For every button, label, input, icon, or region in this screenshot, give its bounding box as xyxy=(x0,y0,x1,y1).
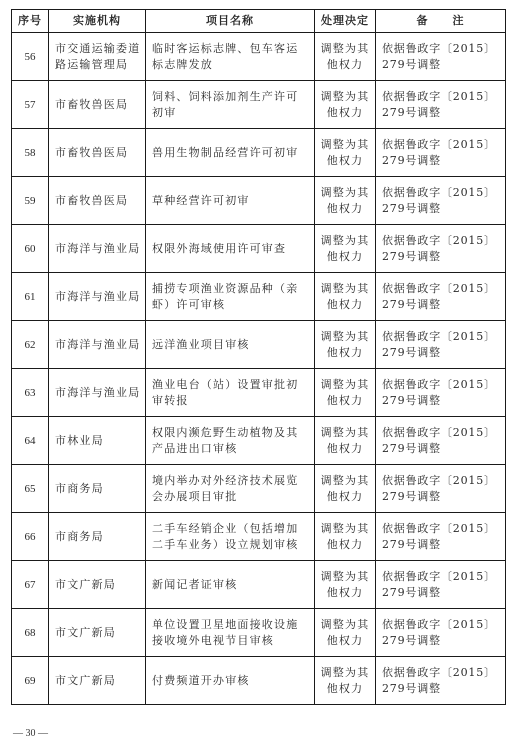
row-item: 临时客运标志牌、包车客运标志牌发放 xyxy=(146,33,315,81)
row-number: 63 xyxy=(12,369,49,417)
row-item: 远洋渔业项目审核 xyxy=(146,321,315,369)
row-note: 依据鲁政字〔2015〕279号调整 xyxy=(376,513,506,561)
row-number: 58 xyxy=(12,129,49,177)
table-row: 59市畜牧兽医局草种经营许可初审调整为其他权力依据鲁政字〔2015〕279号调整 xyxy=(12,177,506,225)
row-note: 依据鲁政字〔2015〕279号调整 xyxy=(376,561,506,609)
row-note: 依据鲁政字〔2015〕279号调整 xyxy=(376,129,506,177)
row-decision: 调整为其他权力 xyxy=(315,81,376,129)
row-note: 依据鲁政字〔2015〕279号调整 xyxy=(376,177,506,225)
table-row: 57市畜牧兽医局饲料、饲料添加剂生产许可初审调整为其他权力依据鲁政字〔2015〕… xyxy=(12,81,506,129)
page-number: — 30 — xyxy=(13,728,48,739)
table-row: 64市林业局权限内濒危野生动植物及其产品进出口审核调整为其他权力依据鲁政字〔20… xyxy=(12,417,506,465)
row-item: 饲料、饲料添加剂生产许可初审 xyxy=(146,81,315,129)
row-org: 市林业局 xyxy=(49,417,146,465)
row-decision: 调整为其他权力 xyxy=(315,609,376,657)
row-item: 渔业电台（站）设置审批初审转报 xyxy=(146,369,315,417)
row-number: 69 xyxy=(12,657,49,705)
row-item: 权限外海域使用许可审查 xyxy=(146,225,315,273)
row-decision: 调整为其他权力 xyxy=(315,513,376,561)
row-item: 权限内濒危野生动植物及其产品进出口审核 xyxy=(146,417,315,465)
row-number: 60 xyxy=(12,225,49,273)
header-item: 项目名称 xyxy=(146,10,315,33)
row-note: 依据鲁政字〔2015〕279号调整 xyxy=(376,225,506,273)
row-org: 市海洋与渔业局 xyxy=(49,225,146,273)
table-header-row: 序号 实施机构 项目名称 处理决定 备 注 xyxy=(12,10,506,33)
row-org: 市海洋与渔业局 xyxy=(49,273,146,321)
row-note: 依据鲁政字〔2015〕279号调整 xyxy=(376,657,506,705)
row-number: 59 xyxy=(12,177,49,225)
row-item: 新闻记者证审核 xyxy=(146,561,315,609)
row-decision: 调整为其他权力 xyxy=(315,225,376,273)
row-org: 市商务局 xyxy=(49,465,146,513)
row-item: 单位设置卫星地面接收设施接收境外电视节目审核 xyxy=(146,609,315,657)
row-note: 依据鲁政字〔2015〕279号调整 xyxy=(376,369,506,417)
row-note: 依据鲁政字〔2015〕279号调整 xyxy=(376,33,506,81)
row-decision: 调整为其他权力 xyxy=(315,417,376,465)
row-org: 市商务局 xyxy=(49,513,146,561)
row-item: 草种经营许可初审 xyxy=(146,177,315,225)
row-decision: 调整为其他权力 xyxy=(315,177,376,225)
row-note: 依据鲁政字〔2015〕279号调整 xyxy=(376,417,506,465)
table-row: 67市文广新局新闻记者证审核调整为其他权力依据鲁政字〔2015〕279号调整 xyxy=(12,561,506,609)
row-decision: 调整为其他权力 xyxy=(315,561,376,609)
row-decision: 调整为其他权力 xyxy=(315,129,376,177)
row-org: 市交通运输委道路运输管理局 xyxy=(49,33,146,81)
header-decision: 处理决定 xyxy=(315,10,376,33)
row-decision: 调整为其他权力 xyxy=(315,369,376,417)
row-number: 61 xyxy=(12,273,49,321)
table-row: 60市海洋与渔业局权限外海域使用许可审查调整为其他权力依据鲁政字〔2015〕27… xyxy=(12,225,506,273)
row-org: 市文广新局 xyxy=(49,609,146,657)
row-number: 57 xyxy=(12,81,49,129)
row-note: 依据鲁政字〔2015〕279号调整 xyxy=(376,465,506,513)
row-note: 依据鲁政字〔2015〕279号调整 xyxy=(376,321,506,369)
row-note: 依据鲁政字〔2015〕279号调整 xyxy=(376,273,506,321)
row-number: 64 xyxy=(12,417,49,465)
row-number: 66 xyxy=(12,513,49,561)
table-row: 69市文广新局付费频道开办审核调整为其他权力依据鲁政字〔2015〕279号调整 xyxy=(12,657,506,705)
row-number: 56 xyxy=(12,33,49,81)
table-body: 56市交通运输委道路运输管理局临时客运标志牌、包车客运标志牌发放调整为其他权力依… xyxy=(12,33,506,705)
row-decision: 调整为其他权力 xyxy=(315,33,376,81)
table-row: 66市商务局二手车经销企业（包括增加二手车业务）设立规划审核调整为其他权力依据鲁… xyxy=(12,513,506,561)
row-org: 市畜牧兽医局 xyxy=(49,81,146,129)
row-item: 兽用生物制品经营许可初审 xyxy=(146,129,315,177)
header-no: 序号 xyxy=(12,10,49,33)
row-item: 付费频道开办审核 xyxy=(146,657,315,705)
row-decision: 调整为其他权力 xyxy=(315,273,376,321)
row-item: 捕捞专项渔业资源品种（亲虾）许可审核 xyxy=(146,273,315,321)
table-row: 62市海洋与渔业局远洋渔业项目审核调整为其他权力依据鲁政字〔2015〕279号调… xyxy=(12,321,506,369)
table-row: 61市海洋与渔业局捕捞专项渔业资源品种（亲虾）许可审核调整为其他权力依据鲁政字〔… xyxy=(12,273,506,321)
table-row: 63市海洋与渔业局渔业电台（站）设置审批初审转报调整为其他权力依据鲁政字〔201… xyxy=(12,369,506,417)
row-org: 市文广新局 xyxy=(49,561,146,609)
row-number: 62 xyxy=(12,321,49,369)
row-item: 境内举办对外经济技术展览会办展项目审批 xyxy=(146,465,315,513)
row-decision: 调整为其他权力 xyxy=(315,465,376,513)
row-org: 市海洋与渔业局 xyxy=(49,369,146,417)
row-note: 依据鲁政字〔2015〕279号调整 xyxy=(376,609,506,657)
row-org: 市畜牧兽医局 xyxy=(49,129,146,177)
table-row: 68市文广新局单位设置卫星地面接收设施接收境外电视节目审核调整为其他权力依据鲁政… xyxy=(12,609,506,657)
row-decision: 调整为其他权力 xyxy=(315,321,376,369)
row-number: 67 xyxy=(12,561,49,609)
row-number: 68 xyxy=(12,609,49,657)
row-org: 市畜牧兽医局 xyxy=(49,177,146,225)
table-row: 58市畜牧兽医局兽用生物制品经营许可初审调整为其他权力依据鲁政字〔2015〕27… xyxy=(12,129,506,177)
table-row: 56市交通运输委道路运输管理局临时客运标志牌、包车客运标志牌发放调整为其他权力依… xyxy=(12,33,506,81)
row-item: 二手车经销企业（包括增加二手车业务）设立规划审核 xyxy=(146,513,315,561)
header-note: 备 注 xyxy=(376,10,506,33)
row-note: 依据鲁政字〔2015〕279号调整 xyxy=(376,81,506,129)
row-number: 65 xyxy=(12,465,49,513)
header-org: 实施机构 xyxy=(49,10,146,33)
table-row: 65市商务局境内举办对外经济技术展览会办展项目审批调整为其他权力依据鲁政字〔20… xyxy=(12,465,506,513)
row-org: 市海洋与渔业局 xyxy=(49,321,146,369)
row-org: 市文广新局 xyxy=(49,657,146,705)
row-decision: 调整为其他权力 xyxy=(315,657,376,705)
power-adjustment-table: 序号 实施机构 项目名称 处理决定 备 注 56市交通运输委道路运输管理局临时客… xyxy=(11,9,506,705)
